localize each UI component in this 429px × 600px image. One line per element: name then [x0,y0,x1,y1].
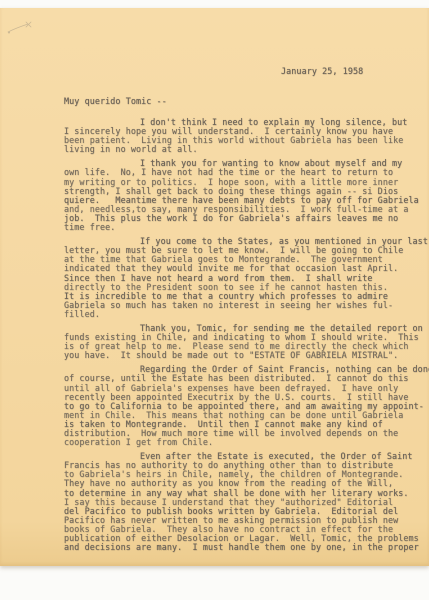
letter-paragraph: I don't think I need to explain my long … [64,118,424,154]
letter-paragraph: Regarding the Order of Saint Francis, no… [64,365,424,447]
letter-line: you have. It should be made out to "ESTA… [64,351,424,360]
date-line: January 25, 1958 [281,67,363,76]
letter-paragraph: Thank you, Tomic, for sending me the det… [64,324,424,360]
scanned-letter: January 25, 1958 Muy querido Tomic -- I … [0,0,429,600]
letter-line: time free. [64,223,424,232]
letter-line: I say this because I understand that the… [64,498,424,507]
letter-body: I don't think I need to explain my long … [64,118,424,557]
letter-paper: January 25, 1958 Muy querido Tomic -- I … [0,8,429,566]
letter-line: job. This plus the work I do for Gabriel… [64,214,424,223]
letter-line: living in no world at all. [64,145,424,154]
letter-paragraph: If you come to the States, as you mentio… [64,237,424,319]
letter-line: ment in Chile. This means that nothing c… [64,411,424,420]
letter-line: and, needless,to say, many responsibilit… [64,205,424,214]
letter-paragraph: I thank you for wanting to know about my… [64,159,424,232]
salutation: Muy querido Tomic -- [64,97,167,106]
letter-line: strength, I shall get back to doing thes… [64,187,424,196]
letter-line: publication of either Desolacion or Laga… [64,534,424,543]
letter-line: recently been appointed Executrix by the… [64,393,424,402]
letter-paragraph: Even after the Estate is executed, the O… [64,452,424,552]
letter-line: and decisions are many. I must handle th… [64,543,424,552]
letter-line: They have no authority as you know from … [64,479,424,488]
letter-line: filled. [64,310,424,319]
letter-line: directly to the President soon to see if… [64,283,424,292]
letter-line: Gabriela so much has taken no interest i… [64,301,424,310]
pencil-scribble [4,14,54,44]
letter-line: indicated that they would invite me for … [64,264,424,273]
letter-line: cooperation I get from Chile. [64,438,424,447]
